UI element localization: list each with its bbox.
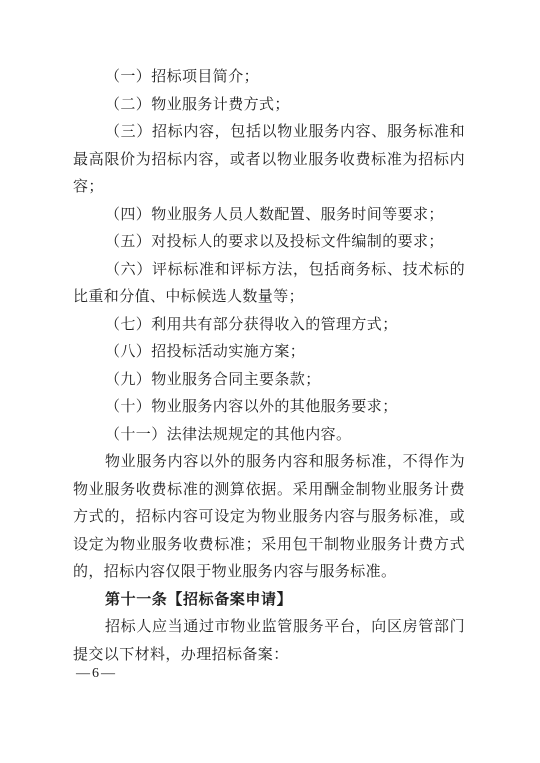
- document-page: （一）招标项目简介； （二）物业服务计费方式； （三）招标内容，包括以物业服务内…: [0, 0, 540, 763]
- filing-paragraph: 招标人应当通过市物业监管服务平台，向区房管部门提交以下材料，办理招标备案：: [73, 614, 465, 669]
- page-number: —6—: [76, 662, 117, 686]
- clause-item-6: （六）评标标准和评标方法，包括商务标、技术标的比重和分值、中标候选人数量等；: [73, 257, 465, 312]
- clause-item-2: （二）物业服务计费方式；: [73, 92, 465, 120]
- clause-item-10: （十）物业服务内容以外的其他服务要求；: [73, 394, 465, 422]
- clause-item-7: （七）利用共有部分获得收入的管理方式；: [73, 312, 465, 340]
- clause-item-5: （五）对投标人的要求以及投标文件编制的要求；: [73, 229, 465, 257]
- clause-item-1: （一）招标项目简介；: [73, 64, 465, 92]
- clause-item-4: （四）物业服务人员人数配置、服务时间等要求；: [73, 202, 465, 230]
- clause-item-11: （十一）法律法规规定的其他内容。: [73, 422, 465, 450]
- clause-item-3: （三）招标内容，包括以物业服务内容、服务标准和最高限价为招标内容，或者以物业服务…: [73, 119, 465, 202]
- body-paragraph: 物业服务内容以外的服务内容和服务标准，不得作为物业服务收费标准的测算依据。采用酬…: [73, 449, 465, 587]
- clause-item-8: （八）招投标活动实施方案；: [73, 339, 465, 367]
- clause-item-9: （九）物业服务合同主要条款；: [73, 367, 465, 395]
- document-body: （一）招标项目简介； （二）物业服务计费方式； （三）招标内容，包括以物业服务内…: [73, 64, 465, 669]
- article-11-heading: 第十一条【招标备案申请】: [73, 587, 465, 615]
